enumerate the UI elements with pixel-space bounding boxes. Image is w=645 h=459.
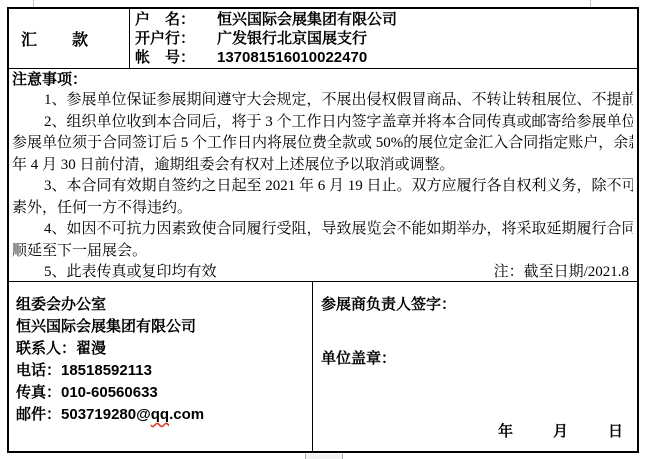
exhibitor-block: 参展商负责人签字： 单位盖章： 年月日 (313, 282, 637, 451)
bank-field-row: 户 名：恒兴国际会展集团有限公司 (135, 10, 637, 29)
bank-field-label: 户 名： (135, 10, 217, 29)
bank-field-row: 开户行：广发银行北京国展支行 (135, 29, 637, 48)
bank-field-value: 137081516010022470 (217, 48, 367, 67)
note-line: 4、如因不可抗力因素致使合同履行受阻，导致展览会不能如期举办，将采取延期履行合同… (12, 219, 633, 241)
company-seal-label: 单位盖章： (321, 348, 637, 370)
remittance-label: 汇 款 (21, 27, 89, 50)
note-line-text: 5、此表传真或复印均有效 (44, 262, 217, 282)
organizer-line: 组委会办公室 (16, 294, 312, 316)
note-line: 年 4 月 30 日前付清，逾期组委会有权对上述展位予以取消或调整。 (12, 155, 633, 177)
email-suffix: .com (169, 406, 204, 423)
email-label: 邮件： (16, 406, 61, 423)
note-line: 参展单位须于合同签订后 5 个工作日内将展位费全款或 50%的展位定金汇入合同指… (12, 133, 633, 155)
note-line-text: 年 4 月 30 日前付清，逾期组委会有权对上述展位予以取消或调整。 (12, 155, 455, 177)
organizer-line: 传真：010-60560633 (16, 382, 312, 404)
notes-lines: 1、参展单位保证参展期间遵守大会规定，不展出侵权假冒商品、不转让转租展位、不提前… (12, 90, 633, 282)
note-line-text: 3、本合同有效期自签约之日起至 2021 年 6 月 19 日止。双方应履行各自… (44, 176, 633, 198)
bank-field-value: 恒兴国际会展集团有限公司 (217, 10, 397, 29)
page: { "remittance": { "row_label": "汇 款", "f… (0, 0, 645, 459)
note-line: 5、此表传真或复印均有效注：截至日期/2021.8 (12, 262, 633, 282)
bank-fields: 户 名：恒兴国际会展集团有限公司开户行：广发银行北京国展支行帐 号：137081… (130, 9, 637, 68)
bank-field-row: 帐 号：137081516010022470 (135, 48, 637, 67)
email-prefix: 503719280@ (61, 406, 151, 423)
contract-table: 汇 款 户 名：恒兴国际会展集团有限公司开户行：广发银行北京国展支行帐 号：13… (7, 7, 639, 453)
organizer-line: 恒兴国际会展集团有限公司 (16, 316, 312, 338)
note-line-text: 1、参展单位保证参展期间遵守大会规定，不展出侵权假冒商品、不转让转租展位、不提前… (44, 90, 633, 112)
note-line: 2、组织单位收到本合同后，将于 3 个工作日内签字盖章并将本合同传真或邮寄给参展… (12, 112, 633, 134)
date-unit: 年 (498, 420, 513, 441)
bank-field-label: 帐 号： (135, 48, 217, 67)
date-row: 年月日 (498, 420, 623, 441)
organizer-lines: 组委会办公室恒兴国际会展集团有限公司联系人：翟漫电话：18518592113传真… (16, 294, 312, 404)
table-handle-artifact (305, 454, 343, 459)
notes-section: 注意事项： 1、参展单位保证参展期间遵守大会规定，不展出侵权假冒商品、不转让转租… (9, 69, 637, 282)
exhibitor-sign-label: 参展商负责人签字： (321, 294, 637, 316)
gridline-artifact-right (590, 0, 591, 7)
gridline-artifact-left (33, 0, 34, 7)
note-line: 3、本合同有效期自签约之日起至 2021 年 6 月 19 日止。双方应履行各自… (12, 176, 633, 198)
note-line-text: 4、如因不可抗力因素致使合同履行受阻，导致展览会不能如期举办，将采取延期履行合同… (44, 219, 633, 241)
note-line: 1、参展单位保证参展期间遵守大会规定，不展出侵权假冒商品、不转让转租展位、不提前… (12, 90, 633, 112)
email-flagged-word: qq (151, 406, 169, 423)
note-line: 顺延至下一届展会。 (12, 241, 633, 263)
remittance-label-cell: 汇 款 (9, 9, 130, 68)
note-line: 素外，任何一方不得违约。 (12, 198, 633, 220)
deadline-note: 注：截至日期/2021.8 (494, 262, 633, 282)
date-unit: 日 (608, 420, 623, 441)
note-line-text: 2、组织单位收到本合同后，将于 3 个工作日内签字盖章并将本合同传真或邮寄给参展… (44, 112, 633, 134)
organizer-block: 组委会办公室恒兴国际会展集团有限公司联系人：翟漫电话：18518592113传真… (9, 282, 313, 451)
note-line-text: 参展单位须于合同签订后 5 个工作日内将展位费全款或 50%的展位定金汇入合同指… (12, 133, 633, 155)
date-unit: 月 (553, 420, 568, 441)
organizer-line: 电话：18518592113 (16, 360, 312, 382)
bank-field-label: 开户行： (135, 29, 217, 48)
bank-field-value: 广发银行北京国展支行 (217, 29, 367, 48)
note-line-text: 素外，任何一方不得违约。 (12, 198, 192, 220)
organizer-line: 联系人：翟漫 (16, 338, 312, 360)
organizer-email-line: 邮件：503719280@qq.com (16, 404, 312, 426)
notes-title: 注意事项： (12, 71, 633, 90)
note-line-text: 顺延至下一届展会。 (12, 241, 147, 263)
footer-row: 组委会办公室恒兴国际会展集团有限公司联系人：翟漫电话：18518592113传真… (9, 282, 637, 451)
remittance-row: 汇 款 户 名：恒兴国际会展集团有限公司开户行：广发银行北京国展支行帐 号：13… (9, 9, 637, 69)
